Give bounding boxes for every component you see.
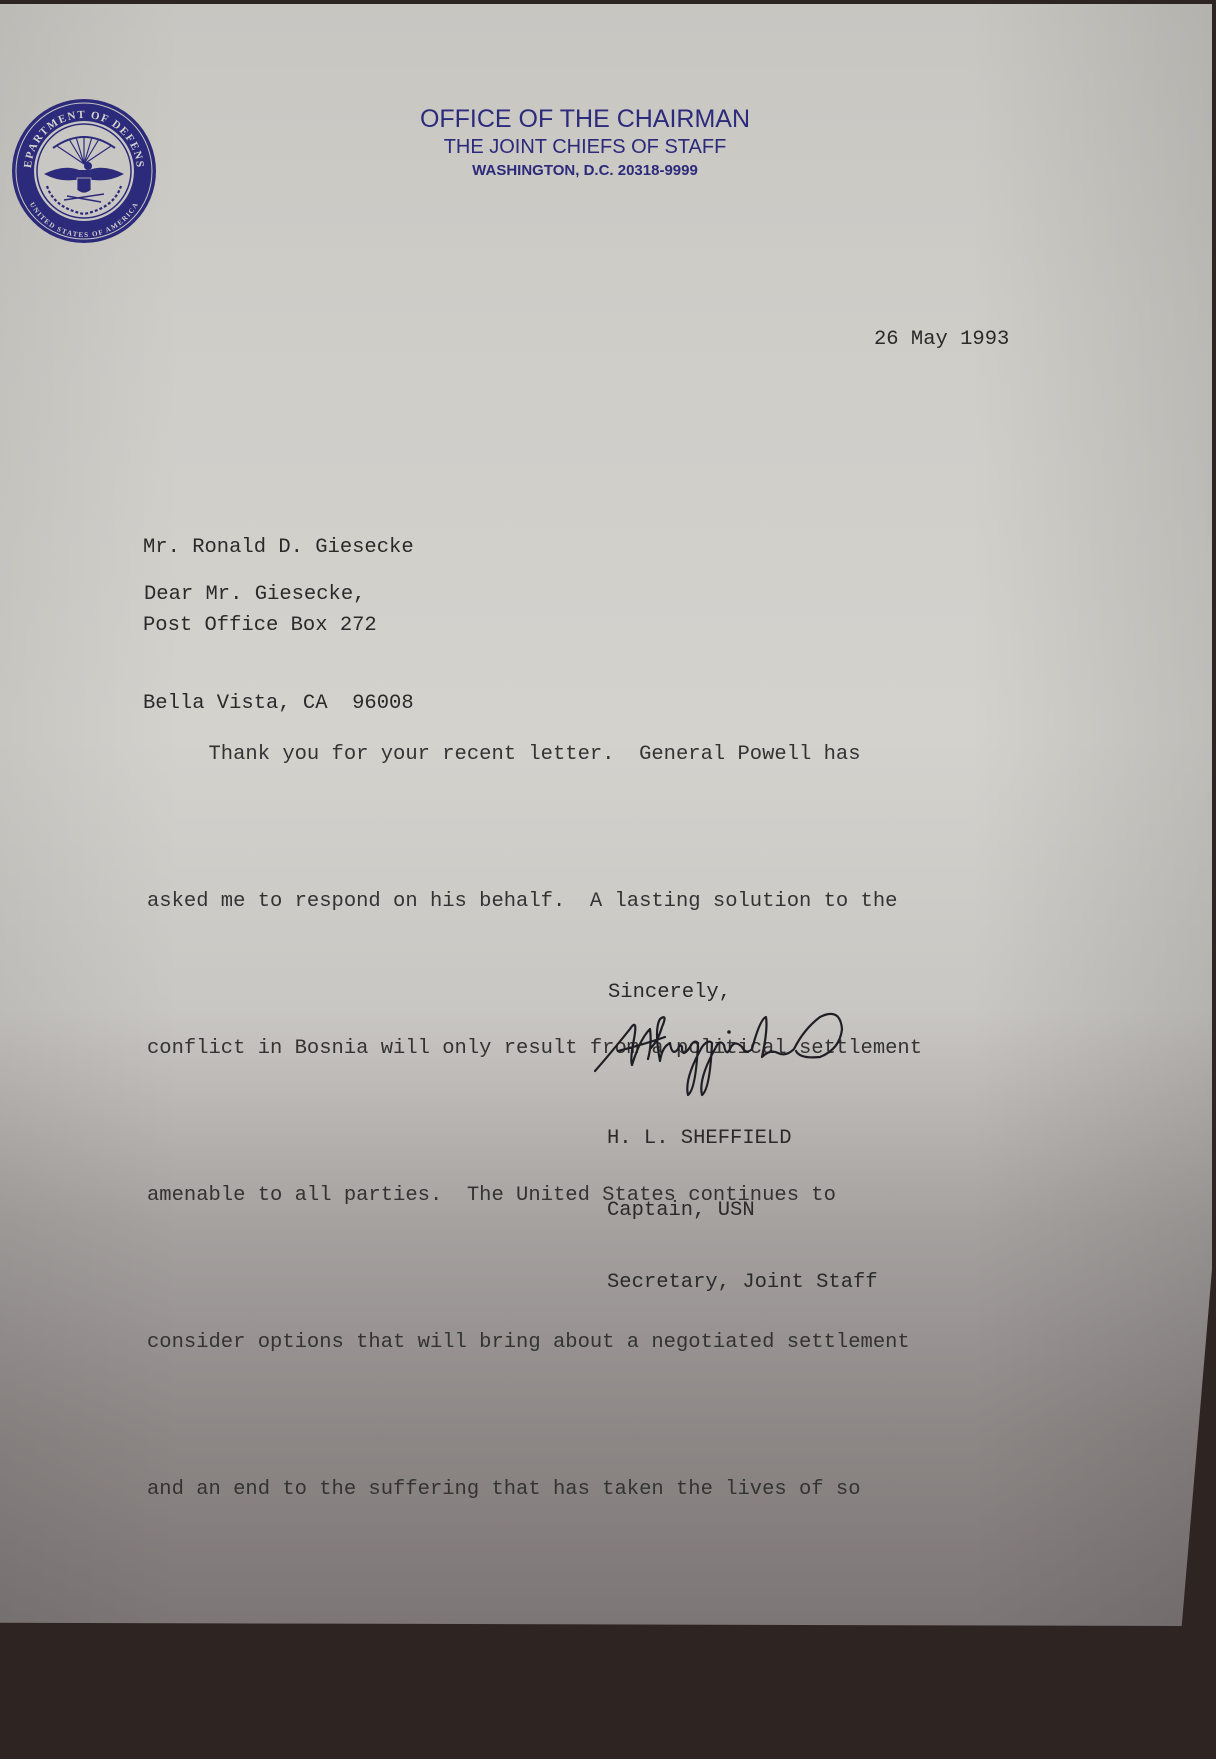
- signer-name: H. L. SHEFFIELD: [607, 1127, 878, 1151]
- salutation: Dear Mr. Giesecke,: [144, 583, 365, 606]
- body-line: Thank you for your recent letter. Genera…: [147, 730, 922, 779]
- department-of-defense-seal-icon: DEPARTMENT OF DEFENSE UNITED STATES OF A…: [9, 96, 159, 246]
- signature-block: H. L. SHEFFIELD Captain, USN Secretary, …: [607, 1079, 878, 1343]
- office-title: OFFICE OF THE CHAIRMAN: [380, 104, 790, 134]
- recipient-name: Mr. Ronald D. Giesecke: [143, 535, 414, 561]
- letter-date: 26 May 1993: [874, 328, 1009, 351]
- letter-paper: DEPARTMENT OF DEFENSE UNITED STATES OF A…: [0, 4, 1212, 1626]
- signer-rank: Captain, USN: [607, 1199, 878, 1223]
- photo-background: DEPARTMENT OF DEFENSE UNITED STATES OF A…: [0, 0, 1216, 1632]
- body-line: asked me to respond on his behalf. A las…: [147, 877, 922, 926]
- signer-title: Secretary, Joint Staff: [607, 1271, 878, 1295]
- organization-name: THE JOINT CHIEFS OF STAFF: [380, 134, 790, 160]
- letterhead-address: WASHINGTON, D.C. 20318-9999: [380, 160, 790, 182]
- letterhead: OFFICE OF THE CHAIRMAN THE JOINT CHIEFS …: [380, 104, 790, 182]
- body-line: many in the former Yugoslavia.: [147, 1612, 922, 1632]
- body-line: and an end to the suffering that has tak…: [147, 1465, 922, 1514]
